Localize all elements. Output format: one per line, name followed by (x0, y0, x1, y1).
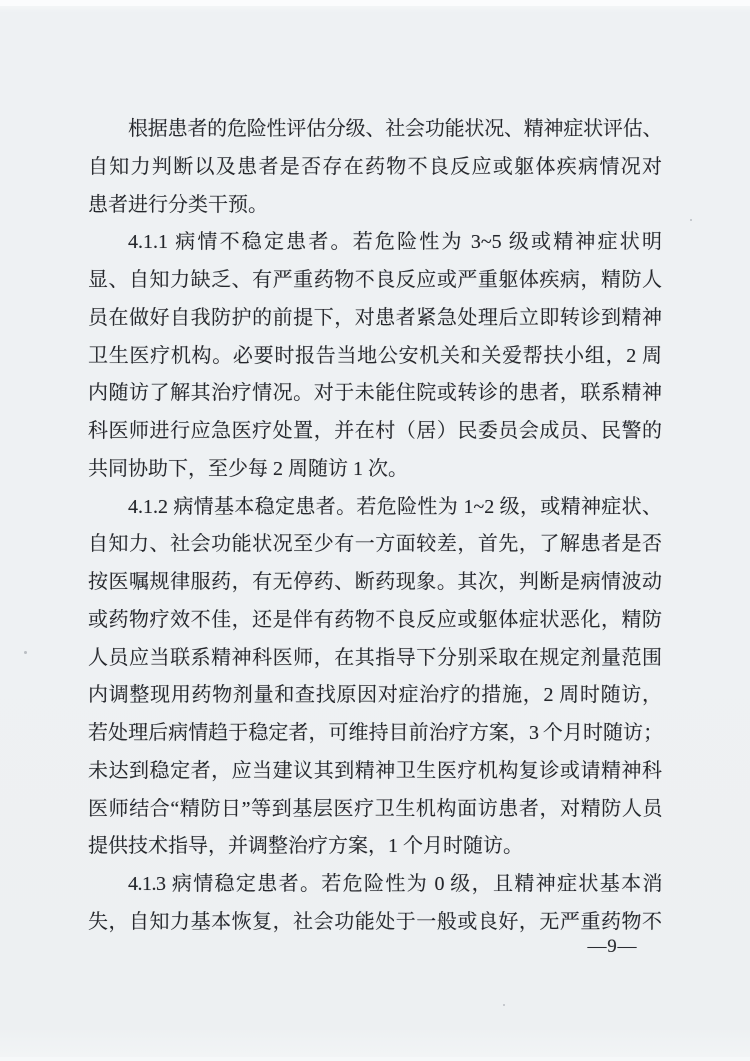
section-4-1-1-line-4: 卫生医疗机构。必要时报告当地公安机关和关爱帮扶小组，2 周 (88, 338, 662, 376)
paragraph-intro-line-3: 患者进行分类干预。 (88, 187, 662, 225)
section-4-1-2-line-8: 未达到稳定者，应当建议其到精神卫生医疗机构复诊或请精神科 (88, 753, 662, 791)
section-4-1-1-line-6: 科医师进行应急医疗处置，并在村（居）民委员会成员、民警的 (88, 413, 662, 451)
section-4-1-2-line-1: 4.1.2 病情基本稳定患者。若危险性为 1~2 级，或精神症状、 (88, 489, 662, 527)
section-4-1-2-line-9: 医师结合“精防日”等到基层医疗卫生机构面访患者，对精防人员 (88, 791, 662, 829)
section-4-1-2-line-3: 按医嘱规律服药，有无停药、断药现象。其次，判断是病情波动 (88, 564, 662, 602)
section-4-1-1-line-7: 共同协助下，至少每 2 周随访 1 次。 (88, 451, 662, 489)
section-4-1-2-line-4: 或药物疗效不佳，还是伴有药物不良反应或躯体症状恶化，精防 (88, 602, 662, 640)
body-text: 根据患者的危险性评估分级、社会功能状况、精神症状评估、 自知力判断以及患者是否存… (88, 111, 662, 942)
scan-speck (503, 1004, 505, 1006)
section-4-1-2-line-2: 自知力、社会功能状况至少有一方面较差，首先，了解患者是否 (88, 526, 662, 564)
scan-speck (690, 219, 692, 221)
section-4-1-1-line-3: 员在做好自我防护的前提下，对患者紧急处理后立即转诊到精神 (88, 300, 662, 338)
section-4-1-2-line-7: 若处理后病情趋于稳定者，可维持目前治疗方案，3 个月时随访； (88, 715, 662, 753)
document-page: 根据患者的危险性评估分级、社会功能状况、精神症状评估、 自知力判断以及患者是否存… (0, 0, 750, 1061)
section-4-1-1-line-5: 内随访了解其治疗情况。对于未能住院或转诊的患者，联系精神 (88, 375, 662, 413)
section-4-1-2-line-5: 人员应当联系精神科医师，在其指导下分别采取在规定剂量范围 (88, 640, 662, 678)
scan-speck (24, 651, 27, 654)
scan-edge-bottom (0, 1057, 750, 1061)
page-number: — 9 — (575, 936, 649, 958)
section-4-1-3-line-1: 4.1.3 病情稳定患者。若危险性为 0 级，且精神症状基本消 (88, 866, 662, 904)
section-4-1-2-line-10: 提供技术指导，并调整治疗方案，1 个月时随访。 (88, 828, 662, 866)
section-4-1-2-line-6: 内调整现用药物剂量和查找原因对症治疗的措施，2 周时随访， (88, 677, 662, 715)
section-4-1-1-line-2: 显、自知力缺乏、有严重药物不良反应或严重躯体疾病，精防人 (88, 262, 662, 300)
section-4-1-1-line-1: 4.1.1 病情不稳定患者。若危险性为 3~5 级或精神症状明 (88, 224, 662, 262)
paragraph-intro-line-1: 根据患者的危险性评估分级、社会功能状况、精神症状评估、 (88, 111, 662, 149)
scan-edge-top (0, 0, 750, 6)
paragraph-intro-line-2: 自知力判断以及患者是否存在药物不良反应或躯体疾病情况对 (88, 149, 662, 187)
